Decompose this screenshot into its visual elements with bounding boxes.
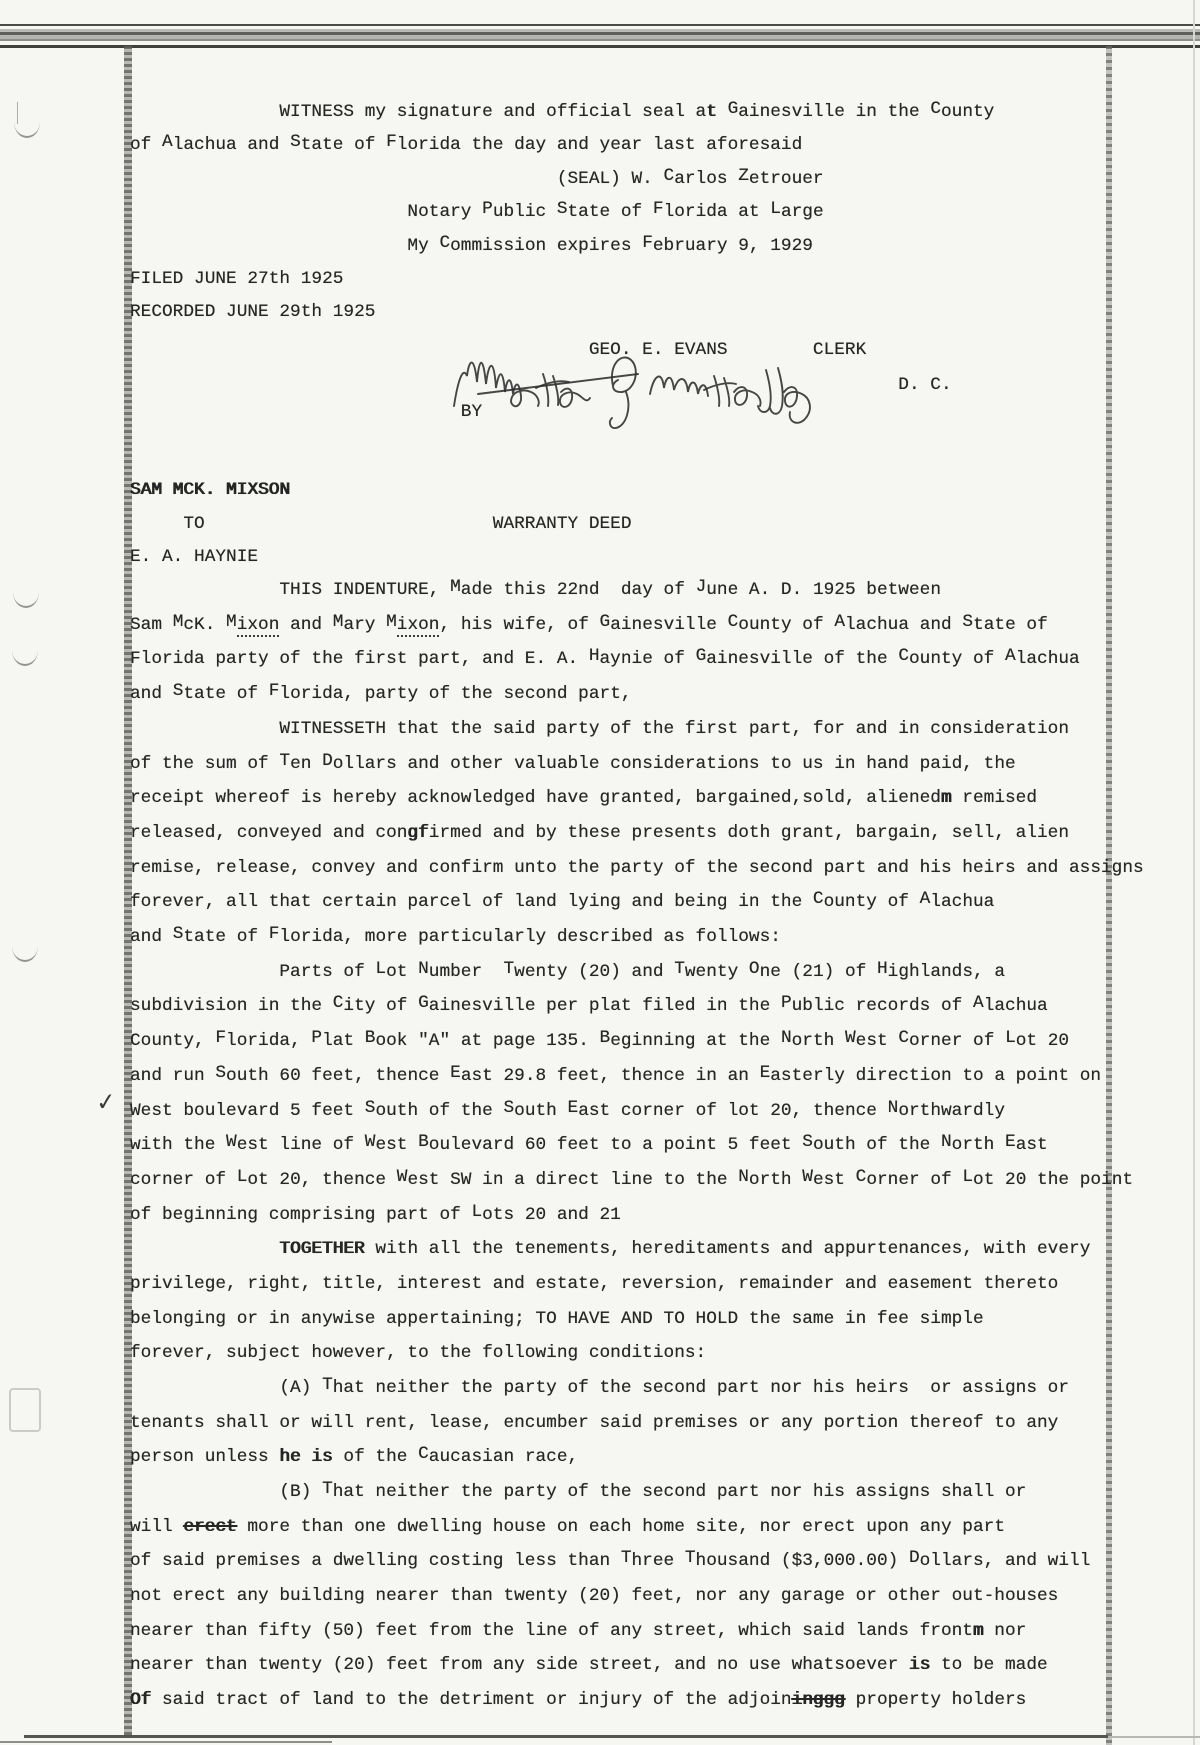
margin-curve-mark [12,650,38,666]
deed-text-line: TOGETHER with all the tenements, heredit… [130,1238,1090,1260]
condition-b-line: not erect any building nearer than twent… [130,1585,1058,1607]
notary-title-line: Notary Public State of Florida at Large [130,201,824,223]
deed-text-line: privilege, right, title, interest and es… [130,1273,1058,1295]
condition-b-line: will erect more than one dwelling house … [130,1516,1005,1538]
deed-text-line: THIS INDENTURE, Made this 22nd day of Ju… [130,579,941,601]
top-rule-line [0,24,1200,26]
bottom-rule-line-right [1108,1736,1200,1738]
deed-text-line: and State of Florida, party of the secon… [130,683,632,705]
condition-a-line: (A) That neither the party of the second… [130,1377,1069,1399]
bottom-rule-line [24,1735,1108,1738]
condition-a-line: tenants shall or will rent, lease, encum… [130,1412,1058,1434]
property-description-line: with the West line of West Boulevard 60 … [130,1134,1048,1156]
grantor-name-line: SAM MCK. MIXSON [130,479,290,501]
margin-checkmark: ✓ [95,1087,118,1117]
deed-text-line: receipt whereof is hereby acknowledged h… [130,787,1037,809]
top-rule-band [0,29,1200,41]
condition-b-line: of said premises a dwelling costing less… [130,1550,1090,1572]
condition-b-line: (B) That neither the party of the second… [130,1481,1026,1503]
deed-title-line: TO WARRANTY DEED [130,513,632,535]
deed-text-line: forever, all that certain parcel of land… [130,891,994,913]
recorded-date-line: RECORDED JUNE 29th 1925 [130,301,375,323]
deed-text-line: WITNESS my signature and official seal a… [130,101,994,123]
property-description-line: County, Florida, Plat Book "A" at page 1… [130,1030,1069,1052]
notary-commission-line: My Commission expires February 9, 1929 [130,235,813,257]
filed-date-line: FILED JUNE 27th 1925 [130,268,343,290]
property-description-line: of beginning comprising part of Lots 20 … [130,1204,621,1226]
top-rule-line-2 [0,45,1200,48]
deed-text-line: of Alachua and State of Florida the day … [130,134,802,156]
deed-record-page: ✓ WITNESS my signature and official seal… [0,0,1200,1745]
margin-bracket-mark [9,1388,41,1432]
grantee-name-line: E. A. HAYNIE [130,546,258,568]
condition-a-line: person unless he is of the Caucasian rac… [130,1446,578,1468]
page-edge-line [1193,0,1195,1745]
by-line: BY [130,401,482,423]
notary-seal-line: (SEAL) W. Carlos Zetrouer [130,168,824,190]
condition-b-line: nearer than twenty (20) feet from any si… [130,1654,1048,1676]
deed-text-line: Sam McK. Mixon and Mary Mixon, his wife,… [130,614,1048,636]
deed-text-line: remise, release, convey and confirm unto… [130,857,1144,879]
property-description-line: subdivision in the City of Gainesville p… [130,995,1048,1017]
deed-text-line: forever, subject however, to the followi… [130,1342,706,1364]
property-description-line: corner of Lot 20, thence West SW in a di… [130,1169,1133,1191]
property-description-line: West boulevard 5 feet South of the South… [130,1100,1005,1122]
property-description-line: and run South 60 feet, thence East 29.8 … [130,1065,1101,1087]
margin-curve-mark [14,122,40,138]
right-margin-rule [1106,46,1112,1745]
condition-b-line: nearer than fifty (50) feet from the lin… [130,1620,1026,1642]
deed-text-line: released, conveyed and congfirmed and by… [130,822,1069,844]
deputy-clerk-signature-icon [448,346,830,436]
bottom-rule-stub [0,1741,332,1743]
property-description-line: Parts of Lot Number Twenty (20) and Twen… [130,961,1005,983]
condition-b-line: Of said tract of land to the detriment o… [130,1689,1026,1711]
margin-tick-mark [17,102,18,124]
deed-text-line: WITNESSETH that the said party of the fi… [130,718,1069,740]
deed-text-line: belonging or in anywise appertaining; TO… [130,1308,984,1330]
margin-curve-mark [12,946,38,962]
deed-text-line: Florida party of the first part, and E. … [130,648,1080,670]
margin-curve-mark [13,592,39,608]
deed-text-line: of the sum of Ten Dollars and other valu… [130,753,1016,775]
deed-text-line: and State of Florida, more particularly … [130,926,781,948]
